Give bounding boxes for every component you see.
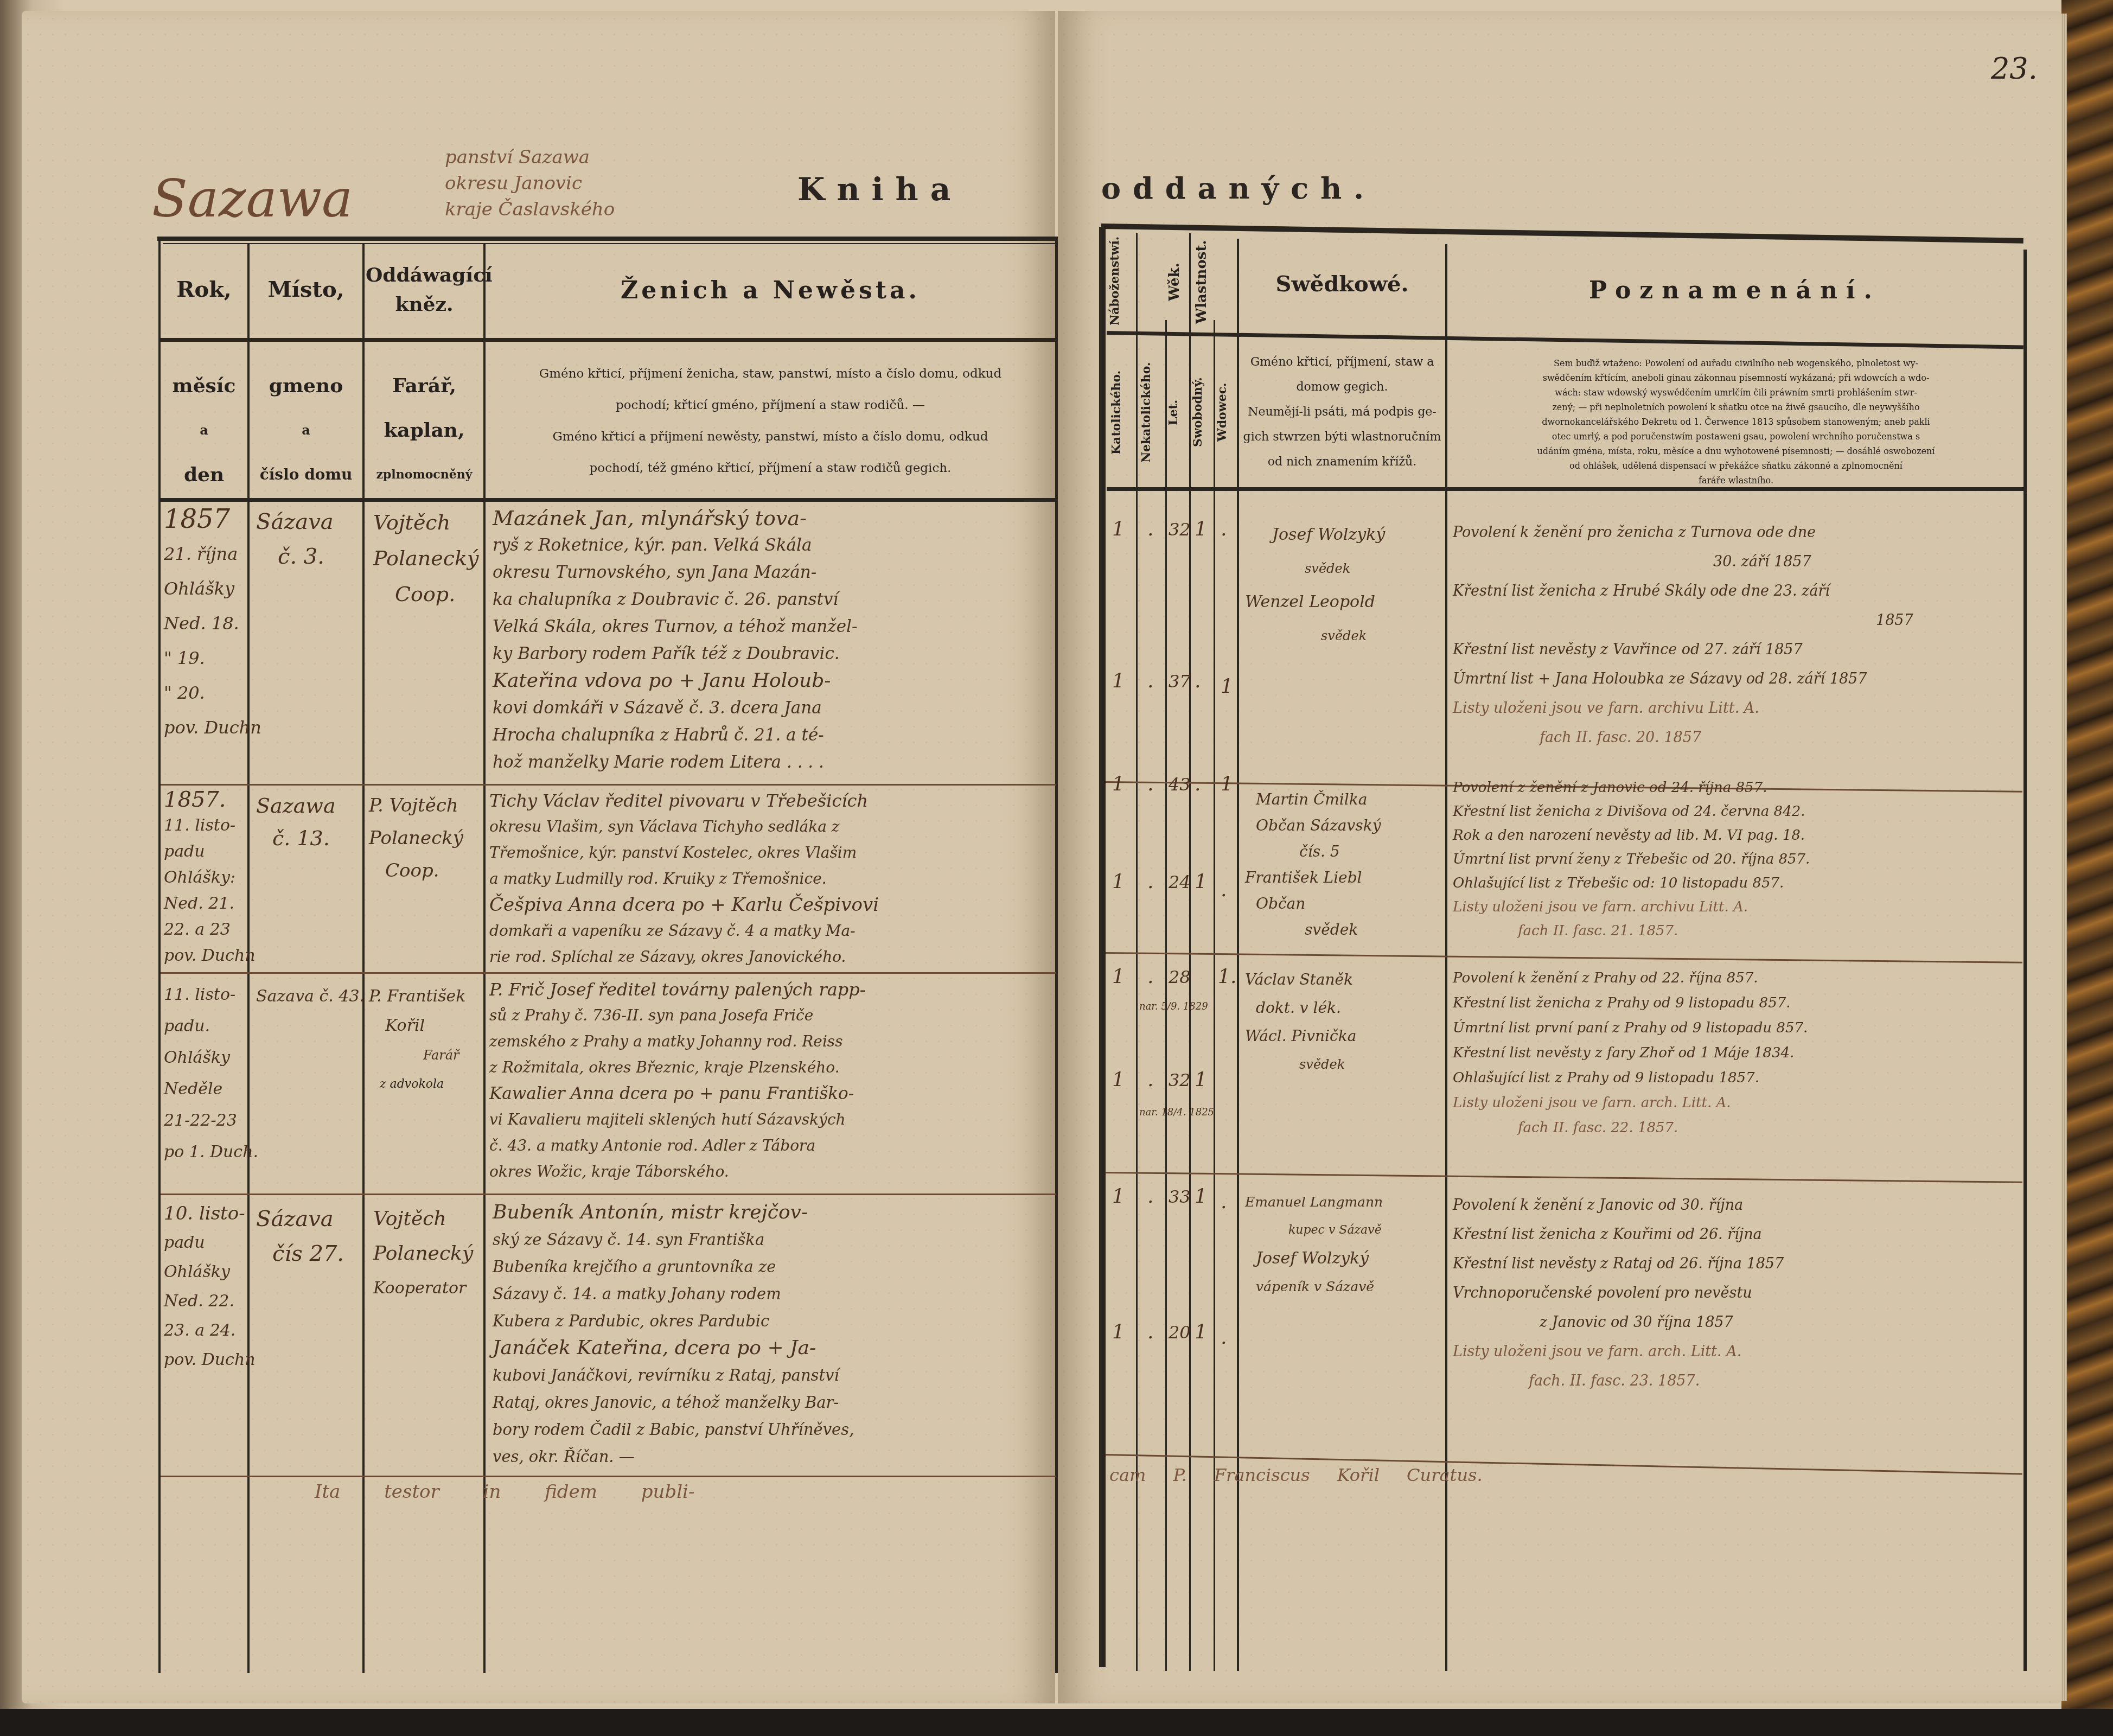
couple-line: sů z Prahy č. 736-II. syn pana Josefa Fr… bbox=[489, 1003, 866, 1029]
priest-line: Farář bbox=[369, 1041, 466, 1070]
couple-line: a matky Ludmilly rod. Kruiky z Třemošnic… bbox=[489, 866, 879, 892]
remark-line: Listy uloženi jsou ve farn. arch. Litt. … bbox=[1453, 1337, 1784, 1367]
instruction-line-3: Gméno křticí a příjmení newěsty, panstwí… bbox=[488, 421, 1052, 452]
instruction-line: gich stwrzen býti wlastnoručním bbox=[1240, 425, 1444, 450]
table-top-border bbox=[157, 237, 1058, 241]
remark-line: fach. II. fasc. 23. 1857. bbox=[1453, 1367, 1784, 1396]
entry-3-bride-single: 1 bbox=[1195, 1061, 1207, 1100]
subheader-and: a bbox=[161, 408, 247, 452]
entry-4-priest: Vojtěch Polanecký Kooperator bbox=[373, 1202, 473, 1306]
place-line: č. 13. bbox=[256, 822, 336, 854]
subheader-priest-group: Farář, kaplan, zplnomocněný bbox=[366, 363, 483, 497]
remarks-instructions: Sem buďiž wtaženo: Powolení od auřadu ci… bbox=[1450, 356, 2022, 488]
entry-4-bride-age: 20 bbox=[1169, 1313, 1191, 1352]
witness-line: kupec v Sázavě bbox=[1245, 1216, 1383, 1244]
header-bottom-rule bbox=[1107, 487, 2023, 491]
subheader-noncatholic: Nekatolického. bbox=[1139, 342, 1164, 483]
remark-line: Povolení k ženění z Janovic od 30. října bbox=[1453, 1191, 1784, 1220]
instruction-line-1: Gméno křticí, příjmení ženicha, staw, pa… bbox=[488, 358, 1052, 390]
subheader-place-group: gmeno a číslo domu bbox=[250, 363, 362, 497]
couple-line: Rataj, okres Janovic, a téhož manželky B… bbox=[493, 1389, 854, 1416]
witness-line: Wenzel Leopold bbox=[1245, 585, 1385, 619]
subheader-couple-instructions: Gméno křticí, příjmení ženicha, staw, pa… bbox=[488, 358, 1052, 484]
entry-1-groom-catholic: 1 bbox=[1112, 510, 1125, 549]
remark-line: fach II. fasc. 22. 1857. bbox=[1453, 1115, 1808, 1140]
table-top-border bbox=[1101, 224, 2023, 244]
couple-line: ka chalupníka z Doubravic č. 26. panství bbox=[493, 586, 857, 613]
couple-line: Třemošnice, kýr. panství Kostelec, okres… bbox=[489, 840, 879, 866]
instruction-line: swědčením křtícím, aneboli ginau zákonna… bbox=[1450, 371, 2022, 385]
entry-2-bride-noncatholic: . bbox=[1147, 863, 1153, 902]
subheader-authorized: zplnomocněný bbox=[366, 452, 483, 497]
entry-2-bride-catholic: 1 bbox=[1112, 863, 1125, 902]
parish-note-2: okresu Janovic bbox=[445, 173, 582, 194]
entry-4-remarks: Povolení k ženění z Janovic od 30. října… bbox=[1453, 1191, 1784, 1396]
couple-line: Bubeník Antonín, mistr krejčov- bbox=[493, 1199, 854, 1226]
col-divider-2 bbox=[362, 244, 365, 1673]
date-line: 23. a 24. bbox=[164, 1316, 256, 1345]
couple-line: okresu Vlašim, syn Václava Tichyho sedlá… bbox=[489, 814, 879, 840]
couple-line: bory rodem Čadil z Babic, panství Uhříně… bbox=[493, 1416, 854, 1443]
date-line: padu bbox=[164, 1228, 256, 1258]
remark-line: fach II. fasc. 21. 1857. bbox=[1453, 919, 1810, 943]
subheader-chaplain: kaplan, bbox=[366, 408, 483, 452]
place-line: Sazava č. 43. bbox=[256, 982, 365, 1011]
entry-3-groom-widower: 1. bbox=[1218, 958, 1236, 997]
table-right-border bbox=[2023, 250, 2027, 1671]
priest-line: Coop. bbox=[369, 854, 463, 887]
remark-line: Úmrtní list první ženy z Třebešic od 20.… bbox=[1453, 847, 1810, 871]
subheader-pastor: Farář, bbox=[366, 363, 483, 408]
subheader-single: Swobodný. bbox=[1191, 342, 1212, 483]
entry-4-bride-noncatholic: . bbox=[1147, 1313, 1153, 1352]
couple-line: č. 43. a matky Antonie rod. Adler z Tábo… bbox=[489, 1133, 866, 1159]
entry-4-groom-widower: . bbox=[1221, 1183, 1227, 1222]
entry-1-groom-single: 1 bbox=[1195, 510, 1207, 549]
entry-separator-2 bbox=[1106, 952, 2022, 963]
witness-line: Občan Sázavský bbox=[1245, 813, 1381, 839]
witness-line: čís. 5 bbox=[1245, 839, 1381, 865]
date-line: 21. října bbox=[164, 537, 261, 571]
couple-line: Janáček Kateřina, dcera po + Ja- bbox=[493, 1335, 854, 1362]
couple-line: okresu Turnovského, syn Jana Mazán- bbox=[493, 559, 857, 586]
date-line: Ned. 22. bbox=[164, 1287, 256, 1316]
date-line: pov. Duchn bbox=[164, 943, 256, 969]
witness-line: svědek bbox=[1245, 917, 1381, 943]
header-remarks: Poznamenání. bbox=[1447, 277, 2022, 304]
entry-4-date: 10. listo- padu Ohlášky Ned. 22. 23. a 2… bbox=[164, 1199, 256, 1375]
closing-attestation-right: cam P. Franciscus Kořil Curatus. bbox=[1109, 1465, 1483, 1485]
priest-line: P. František bbox=[369, 982, 466, 1011]
date-line: Neděle bbox=[164, 1074, 258, 1105]
witness-line: svědek bbox=[1245, 552, 1385, 585]
entry-separator-3 bbox=[161, 1193, 1056, 1195]
remark-line: Křestní list nevěsty z Vavřince od 27. z… bbox=[1453, 635, 1913, 665]
entry-4-bride-catholic: 1 bbox=[1112, 1313, 1125, 1352]
entry-1-groom-widower: . bbox=[1221, 510, 1227, 549]
instruction-line: Neumějí-li psáti, má podpis ge- bbox=[1240, 400, 1444, 425]
remark-line: Křestní list nevěsty z fary Zhoř od 1 Má… bbox=[1453, 1041, 1808, 1065]
date-line: 11. listo- bbox=[164, 979, 258, 1011]
entry-1-date: 1857 21. října Ohlášky Ned. 18. " 19. " … bbox=[164, 502, 261, 745]
place-line: Sázava bbox=[256, 1202, 344, 1236]
header-year: Rok, bbox=[161, 277, 247, 302]
entry-4-bride-single: 1 bbox=[1195, 1313, 1207, 1352]
couple-line: ryš z Roketnice, kýr. pan. Velká Skála bbox=[493, 532, 857, 559]
remark-line: Křestní list nevěsty z Rataj od 26. říjn… bbox=[1453, 1249, 1784, 1279]
book-title-left: Kniha bbox=[797, 171, 962, 208]
date-line: 11. listo- bbox=[164, 813, 256, 839]
entry-4-bride-widower: . bbox=[1221, 1318, 1227, 1357]
remark-line: Listy uloženi jsou ve farn. archivu Litt… bbox=[1453, 895, 1810, 919]
witness-line: Wácl. Pivnička bbox=[1245, 1022, 1356, 1050]
entry-2-groom-catholic: 1 bbox=[1112, 765, 1125, 804]
remark-line: Povolení k ženění z Prahy od 22. října 8… bbox=[1453, 966, 1808, 991]
witness-line: vápeník v Sázavě bbox=[1245, 1273, 1383, 1301]
remark-line: Povolení k ženění pro ženicha z Turnova … bbox=[1453, 518, 1913, 547]
subheader-date-group: měsíc a den bbox=[161, 363, 247, 497]
header-bottom-rule bbox=[161, 498, 1056, 502]
subheader-and-2: a bbox=[250, 408, 362, 452]
instruction-line: wách: staw wdowský wyswědčením umrlčím č… bbox=[1450, 385, 2022, 400]
place-line: Sázava bbox=[256, 505, 334, 539]
entry-2-priest: P. Vojtěch Polanecký Coop. bbox=[369, 789, 463, 887]
priest-line: Polanecký bbox=[369, 822, 463, 854]
witness-line: dokt. v lék. bbox=[1245, 994, 1356, 1022]
place-line: Sazawa bbox=[256, 789, 336, 822]
couple-line: Kubera z Pardubic, okres Pardubic bbox=[493, 1307, 854, 1335]
book-title-right: oddaných. bbox=[1101, 171, 1376, 206]
entry-1-place: Sázava č. 3. bbox=[256, 505, 334, 574]
subheader-widower: Wdowec. bbox=[1215, 342, 1237, 483]
witness-line: Občan bbox=[1245, 891, 1381, 917]
priest-line: Kooperator bbox=[373, 1271, 473, 1306]
header-status: Wlastnost. bbox=[1193, 239, 1235, 325]
entry-4-groom-noncatholic: . bbox=[1147, 1177, 1153, 1216]
couple-line: ky Barbory rodem Pařík též z Doubravic. bbox=[493, 640, 857, 667]
date-line: " 19. bbox=[164, 641, 261, 675]
entry-3-couple: P. Frič Josef ředitel továrny palených r… bbox=[489, 976, 866, 1185]
header-couple: Ženich a Newěsta. bbox=[486, 277, 1055, 304]
couple-line: Mazánek Jan, mlynářský tova- bbox=[493, 505, 857, 532]
entry-1-witnesses: Josef Wolzyký svědek Wenzel Leopold svěd… bbox=[1245, 518, 1385, 653]
couple-line: P. Frič Josef ředitel továrny palených r… bbox=[489, 976, 866, 1003]
couple-line: okres Wožic, kraje Táborského. bbox=[489, 1159, 866, 1185]
priest-line: P. Vojtěch bbox=[369, 789, 463, 822]
date-line: Ohlášky bbox=[164, 1042, 258, 1074]
entry-3-remarks: Povolení k ženění z Prahy od 22. října 8… bbox=[1453, 966, 1808, 1140]
entry-4-groom-age: 33 bbox=[1169, 1177, 1191, 1216]
priest-line: Vojtěch bbox=[373, 505, 478, 540]
subheader-month: měsíc bbox=[161, 363, 247, 408]
entry-separator-4 bbox=[161, 1476, 1056, 1477]
instruction-line: dwornokancelářského Dekretu od 1. Čerwen… bbox=[1450, 414, 2022, 429]
subheader-years: Let. bbox=[1166, 342, 1188, 483]
instruction-line: od nich znamením křížů. bbox=[1240, 450, 1444, 475]
couple-line: Sázavy č. 14. a matky Johany rodem bbox=[493, 1280, 854, 1307]
entry-2-date: 1857. 11. listo- padu Ohlášky: Ned. 21. … bbox=[164, 787, 256, 969]
couple-line: Velká Skála, okres Turnov, a téhož manže… bbox=[493, 613, 857, 640]
date-line: 10. listo- bbox=[164, 1199, 256, 1228]
instruction-line: Gméno křticí, příjmení, staw a bbox=[1240, 350, 1444, 375]
instruction-line: otec umrlý, a pod poručenstwím postaweni… bbox=[1450, 429, 2022, 444]
couple-line: hož manželky Marie rodem Litera . . . . bbox=[493, 749, 857, 776]
couple-line: zemského z Prahy a matky Johanny rod. Re… bbox=[489, 1029, 866, 1055]
entry-3-place: Sazava č. 43. bbox=[256, 982, 365, 1011]
entry-2-couple: Tichy Václav ředitel pivovaru v Třebešic… bbox=[489, 788, 879, 970]
remark-line: Křestní list ženicha z Prahy od 9 listop… bbox=[1453, 991, 1808, 1016]
entry-2-remarks: Povolení z ženění z Janovic od 24. října… bbox=[1453, 776, 1810, 943]
couple-line: Hrocha chalupníka z Habrů č. 21. a té- bbox=[493, 722, 857, 749]
entry-4-groom-catholic: 1 bbox=[1112, 1177, 1125, 1216]
entry-1-groom-age: 32 bbox=[1169, 510, 1191, 549]
date-line: pov. Duchn bbox=[164, 1345, 256, 1375]
priest-line: Vojtěch bbox=[373, 1202, 473, 1236]
date-line: Ned. 21. bbox=[164, 891, 256, 917]
priest-line: Polanecký bbox=[373, 540, 478, 576]
date-line: Ohlášky bbox=[164, 571, 261, 606]
right-page: oddaných. 23. Náboženstwí. Wěk. Wlastnos… bbox=[1058, 11, 2061, 1703]
entry-2-bride-single: 1 bbox=[1195, 863, 1207, 902]
table-left-border bbox=[1099, 227, 1106, 1667]
witness-line: Josef Wolzyký bbox=[1245, 518, 1385, 552]
entry-separator-1 bbox=[161, 784, 1056, 786]
remark-line: fach II. fasc. 20. 1857 bbox=[1453, 723, 1913, 752]
book-cover-bottom bbox=[0, 1709, 2113, 1736]
priest-line: Coop. bbox=[373, 576, 478, 612]
page-number: 23. bbox=[1991, 52, 2038, 86]
parish-note-3: kraje Časlavského bbox=[445, 199, 615, 220]
date-line: 21-22-23 bbox=[164, 1105, 258, 1137]
couple-line: domkaři a vapeníku ze Sázavy č. 4 a matk… bbox=[489, 918, 879, 944]
remark-line: Listy uloženi jsou ve farn. archivu Litt… bbox=[1453, 694, 1913, 723]
place-line: čís 27. bbox=[256, 1236, 344, 1271]
col-divider-witnesses bbox=[1445, 244, 1447, 1671]
remark-line: Povolení z ženění z Janovic od 24. října… bbox=[1453, 776, 1810, 800]
book-cover-edge bbox=[2061, 0, 2113, 1736]
priest-line: Kořil bbox=[369, 1011, 466, 1041]
instruction-line: zený; — při neplnoletních powolení k sňa… bbox=[1450, 400, 2022, 414]
witness-line: Emanuel Langmann bbox=[1245, 1188, 1383, 1216]
remark-line: Ohlašující list z Prahy od 9 listopadu 1… bbox=[1453, 1065, 1808, 1090]
entry-2-groom-noncatholic: . bbox=[1147, 765, 1153, 804]
remark-line: Křestní list ženicha z Kouřimi od 26. ří… bbox=[1453, 1220, 1784, 1249]
couple-line: kovi domkáři v Sázavě č. 3. dcera Jana bbox=[493, 694, 857, 722]
entry-1-couple: Mazánek Jan, mlynářský tova- ryš z Roket… bbox=[493, 505, 857, 776]
date-line: pov. Duchn bbox=[164, 710, 261, 745]
place-line: č. 3. bbox=[256, 539, 334, 574]
remark-line: Křestní list ženicha z Hrubé Skály ode d… bbox=[1453, 577, 1913, 606]
entry-2-groom-single: . bbox=[1195, 765, 1201, 804]
date-line: Ohlášky bbox=[164, 1258, 256, 1287]
couple-line: vi Kavalieru majiteli sklených hutí Sáza… bbox=[489, 1107, 866, 1133]
priest-line: z advokola bbox=[369, 1070, 466, 1099]
witness-instructions: Gméno křticí, příjmení, staw a domow geg… bbox=[1240, 350, 1444, 475]
witness-line: svědek bbox=[1245, 619, 1385, 653]
entry-4-place: Sázava čís 27. bbox=[256, 1202, 344, 1271]
instruction-line: domow gegich. bbox=[1240, 375, 1444, 400]
couple-line: ský ze Sázavy č. 14. syn Františka bbox=[493, 1226, 854, 1253]
entry-4-witnesses: Emanuel Langmann kupec v Sázavě Josef Wo… bbox=[1245, 1188, 1383, 1301]
remark-line: z Janovic od 30 října 1857 bbox=[1453, 1308, 1784, 1337]
entry-3-groom-born: nar. 5/9. 1829 bbox=[1139, 987, 1208, 1026]
instruction-line-2: pochodí; křticí gméno, příjmení a staw r… bbox=[488, 390, 1052, 421]
witness-line: Václav Staněk bbox=[1245, 966, 1356, 994]
header-priest: Oddáwagící kněz. bbox=[366, 260, 483, 319]
instruction-line: od ohlášek, udělená dispensací w překážc… bbox=[1450, 458, 2022, 473]
witness-line: svědek bbox=[1245, 1050, 1356, 1078]
header-religion: Náboženstwí. bbox=[1108, 239, 1135, 325]
entry-1-remarks: Povolení k ženění pro ženicha z Turnova … bbox=[1453, 518, 1913, 752]
date-line: padu. bbox=[164, 1011, 258, 1042]
entry-1-priest: Vojtěch Polanecký Coop. bbox=[373, 505, 478, 612]
couple-line: Kawalier Anna dcera po + panu Františko- bbox=[489, 1081, 866, 1107]
remark-line: Vrchnoporučenské povolení pro nevěstu bbox=[1453, 1279, 1784, 1308]
instruction-line-4: pochodí, též gméno křticí, příjmení a st… bbox=[488, 452, 1052, 484]
entry-1-bride-noncatholic: . bbox=[1147, 662, 1153, 701]
entry-3-priest: P. František Kořil Farář z advokola bbox=[369, 982, 466, 1099]
instruction-line: udáním gména, místa, roku, měsíce a dnu … bbox=[1450, 444, 2022, 458]
book-spread: Sazawa panství Sazawa okresu Janovic kra… bbox=[0, 0, 2113, 1736]
date-line: po 1. Duch. bbox=[164, 1137, 258, 1168]
couple-line: Češpiva Anna dcera po + Karlu Češpivovi bbox=[489, 892, 879, 918]
entry-separator-3 bbox=[1106, 1172, 2022, 1183]
witness-line: Martin Čmilka bbox=[1245, 787, 1381, 813]
entry-1-groom-noncatholic: . bbox=[1147, 510, 1153, 549]
table-top-border-thin bbox=[163, 243, 1055, 244]
date-line: padu bbox=[164, 839, 256, 865]
couple-line: ves, okr. Říčan. — bbox=[493, 1443, 854, 1470]
col-divider-3 bbox=[483, 244, 486, 1673]
date-line: 1857. bbox=[164, 787, 256, 813]
entry-3-bride-catholic: 1 bbox=[1112, 1061, 1125, 1100]
entry-separator-2 bbox=[161, 972, 1056, 974]
parish-name: Sazawa bbox=[152, 168, 353, 229]
entry-2-witnesses: Martin Čmilka Občan Sázavský čís. 5 Fran… bbox=[1245, 787, 1381, 943]
header-witnesses: Swědkowé. bbox=[1239, 271, 1445, 297]
remark-line: 30. září 1857 bbox=[1453, 547, 1913, 577]
remark-line: Listy uloženi jsou ve farn. arch. Litt. … bbox=[1453, 1090, 1808, 1115]
remark-line: Ohlašující list z Třebešic od: 10 listop… bbox=[1453, 871, 1810, 895]
entry-2-place: Sazawa č. 13. bbox=[256, 789, 336, 854]
date-line: " 20. bbox=[164, 675, 261, 710]
entry-3-witnesses: Václav Staněk dokt. v lék. Wácl. Pivničk… bbox=[1245, 966, 1356, 1078]
couple-line: Kateřina vdova po + Janu Holoub- bbox=[493, 667, 857, 694]
remark-line: Křestní list ženicha z Divišova od 24. č… bbox=[1453, 800, 1810, 824]
entry-1-bride-widower: 1 bbox=[1221, 667, 1233, 706]
subheader-catholic: Katolického. bbox=[1109, 342, 1134, 483]
entry-4-groom-single: 1 bbox=[1195, 1177, 1207, 1216]
entry-2-bride-widower: . bbox=[1221, 871, 1227, 910]
date-line: Ohlášky: bbox=[164, 865, 256, 891]
header-age: Wěk. bbox=[1166, 239, 1188, 325]
entry-2-groom-widower: 1 bbox=[1221, 765, 1233, 804]
remark-line: Úmrtní list + Jana Holoubka ze Sázavy od… bbox=[1453, 665, 1913, 694]
couple-line: z Rožmitala, okres Březnic, kraje Plzens… bbox=[489, 1055, 866, 1081]
couple-line: rie rod. Splíchal ze Sázavy, okres Janov… bbox=[489, 944, 879, 970]
instruction-line: faráře wlastního. bbox=[1450, 473, 2022, 488]
left-page: Sazawa panství Sazawa okresu Janovic kra… bbox=[22, 11, 1055, 1703]
priest-line: Polanecký bbox=[373, 1236, 473, 1271]
closing-attestation-left: Ita testor in fidem publi- bbox=[315, 1481, 694, 1503]
entry-2-groom-age: 43 bbox=[1169, 765, 1191, 804]
entry-1-bride-age: 37 bbox=[1169, 662, 1191, 701]
header-divider bbox=[161, 338, 1056, 342]
subheader-house-number: číslo domu bbox=[250, 452, 362, 497]
entry-1-bride-catholic: 1 bbox=[1112, 662, 1125, 701]
couple-line: Tichy Václav ředitel pivovaru v Třebešic… bbox=[489, 788, 879, 814]
remark-line: Úmrtní list první paní z Prahy od 9 list… bbox=[1453, 1016, 1808, 1041]
remark-line: 1857 bbox=[1453, 606, 1913, 635]
witness-line: Josef Wolzyký bbox=[1245, 1244, 1383, 1273]
subheader-name: gmeno bbox=[250, 363, 362, 408]
subheader-day: den bbox=[161, 452, 247, 497]
entry-1-bride-single: . bbox=[1195, 662, 1201, 701]
parish-note-1: panství Sazawa bbox=[445, 146, 590, 168]
couple-line: Bubeníka krejčího a gruntovníka ze bbox=[493, 1253, 854, 1280]
entry-4-couple: Bubeník Antonín, mistr krejčov- ský ze S… bbox=[493, 1199, 854, 1470]
entry-3-groom-catholic: 1 bbox=[1112, 958, 1125, 997]
entry-3-date: 11. listo- padu. Ohlášky Neděle 21-22-23… bbox=[164, 979, 258, 1168]
entry-2-bride-age: 24 bbox=[1169, 863, 1191, 902]
date-line: 1857 bbox=[164, 502, 261, 537]
date-line: Ned. 18. bbox=[164, 606, 261, 641]
date-line: 22. a 23 bbox=[164, 917, 256, 943]
header-place: Místo, bbox=[250, 277, 362, 302]
couple-line: kubovi Janáčkovi, revírníku z Rataj, pan… bbox=[493, 1362, 854, 1389]
header-divider bbox=[1107, 331, 2023, 349]
remark-line: Rok a den narození nevěsty ad lib. M. VI… bbox=[1453, 824, 1810, 847]
witness-line: František Liebl bbox=[1245, 865, 1381, 891]
instruction-line: Sem buďiž wtaženo: Powolení od auřadu ci… bbox=[1450, 356, 2022, 371]
